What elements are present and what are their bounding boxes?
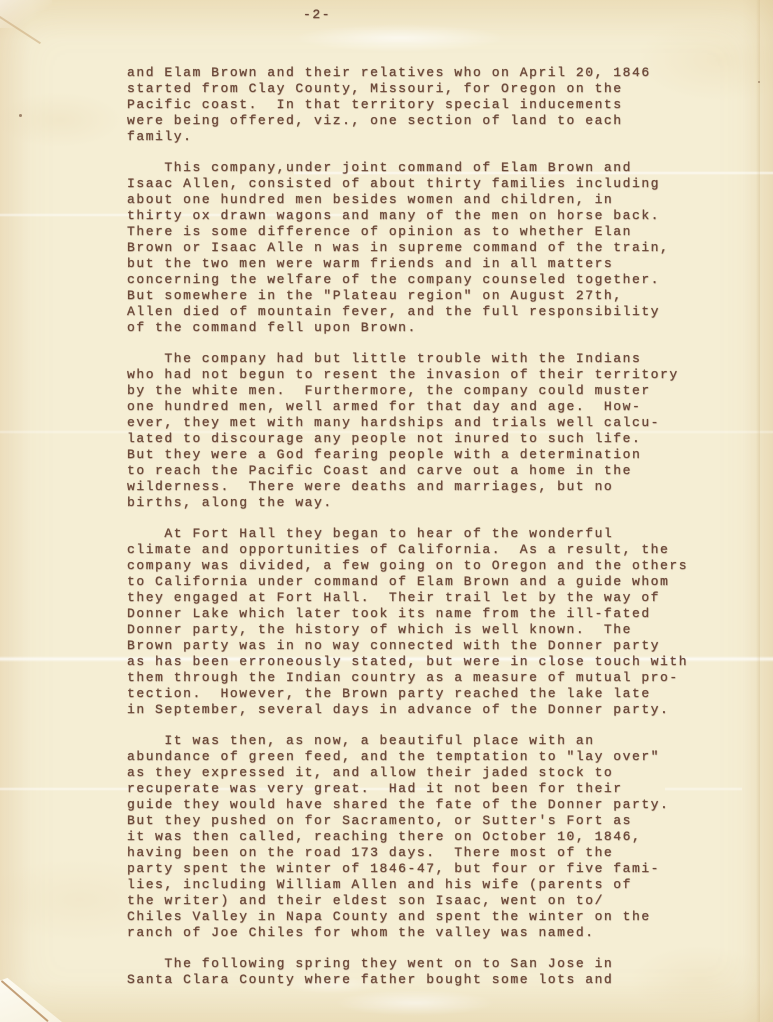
paragraph: The company had but little trouble with … <box>127 351 727 511</box>
text-line: of the command fell upon Brown. <box>127 320 727 336</box>
text-line: about one hundred men besides women and … <box>127 192 727 208</box>
ink-speck <box>19 114 22 117</box>
text-line: one hundred men, well armed for that day… <box>127 399 727 415</box>
text-line: as they expressed it, and allow their ja… <box>127 765 727 781</box>
text-line: At Fort Hall they began to hear of the w… <box>127 526 727 542</box>
folded-corner <box>0 976 62 1022</box>
text-line: Donner Lake which later took its name fr… <box>127 606 727 622</box>
text-line: Isaac Allen, consisted of about thirty f… <box>127 176 727 192</box>
text-line: concerning the welfare of the company co… <box>127 272 727 288</box>
text-line: wilderness. There were deaths and marria… <box>127 479 727 495</box>
text-line: The company had but little trouble with … <box>127 351 727 367</box>
page-number: -2- <box>303 7 331 23</box>
corner-crease-highlight <box>0 0 52 28</box>
text-line: Pacific coast. In that territory special… <box>127 97 727 113</box>
paragraph: At Fort Hall they began to hear of the w… <box>127 526 727 718</box>
text-line: Brown or Isaac Alle n was in supreme com… <box>127 240 727 256</box>
text-line: as has been erroneously stated, but were… <box>127 654 727 670</box>
text-line: lies, including William Allen and his wi… <box>127 877 727 893</box>
text-line: ever, they met with many hardships and t… <box>127 415 727 431</box>
text-line: having been on the road 173 days. There … <box>127 845 727 861</box>
text-line: to California under command of Elam Brow… <box>127 574 727 590</box>
text-line: But they were a God fearing people with … <box>127 447 727 463</box>
text-line: and Elam Brown and their relatives who o… <box>127 65 727 81</box>
text-line: ranch of Joe Chiles for whom the valley … <box>127 925 727 941</box>
text-line: to reach the Pacific Coast and carve out… <box>127 463 727 479</box>
paragraph: This company,under joint command of Elam… <box>127 160 727 336</box>
text-line: party spent the winter of 1846-47, but f… <box>127 861 727 877</box>
text-line: abundance of green feed, and the temptat… <box>127 749 727 765</box>
text-line: The following spring they went on to San… <box>127 956 727 972</box>
text-line: There is some difference of opinion as t… <box>127 224 727 240</box>
text-line: Allen died of mountain fever, and the fu… <box>127 304 727 320</box>
paragraph: and Elam Brown and their relatives who o… <box>127 65 727 145</box>
folded-corner-line <box>1 980 49 1022</box>
text-line: in September, several days in advance of… <box>127 702 727 718</box>
text-line: tection. However, the Brown party reache… <box>127 686 727 702</box>
text-line: guide they would have shared the fate of… <box>127 797 727 813</box>
text-line: climate and opportunities of California.… <box>127 542 727 558</box>
corner-crease <box>0 12 41 44</box>
text-line: But somewhere in the "Plateau region" on… <box>127 288 727 304</box>
text-line: the writer) and their eldest son Isaac, … <box>127 893 727 909</box>
document-page: -2- and Elam Brown and their relatives w… <box>0 0 773 1022</box>
text-line: family. <box>127 129 727 145</box>
text-line: Santa Clara County where father bought s… <box>127 972 727 988</box>
text-line: Chiles Valley in Napa County and spent t… <box>127 909 727 925</box>
text-line: were being offered, viz., one section of… <box>127 113 727 129</box>
paragraph: It was then, as now, a beautiful place w… <box>127 733 727 941</box>
text-line: lated to discourage any people not inure… <box>127 431 727 447</box>
text-line: It was then, as now, a beautiful place w… <box>127 733 727 749</box>
text-line: by the white men. Furthermore, the compa… <box>127 383 727 399</box>
text-line: but the two men were warm friends and in… <box>127 256 727 272</box>
text-line: they engaged at Fort Hall. Their trail l… <box>127 590 727 606</box>
text-line: recuperate was very great. Had it not be… <box>127 781 727 797</box>
edge-crease <box>756 0 760 1022</box>
text-line: company was divided, a few going on to O… <box>127 558 727 574</box>
text-line: who had not begun to resent the invasion… <box>127 367 727 383</box>
text-line: thirty ox drawn wagons and many of the m… <box>127 208 727 224</box>
text-line: But they pushed on for Sacramento, or Su… <box>127 813 727 829</box>
ink-speck <box>758 81 760 83</box>
text-line: them through the Indian country as a mea… <box>127 670 727 686</box>
text-line: Brown party was in no way connected with… <box>127 638 727 654</box>
text-line: Donner party, the history of which is we… <box>127 622 727 638</box>
paragraph: The following spring they went on to San… <box>127 956 727 988</box>
text-line: started from Clay County, Missouri, for … <box>127 81 727 97</box>
text-line: This company,under joint command of Elam… <box>127 160 727 176</box>
document-body: and Elam Brown and their relatives who o… <box>127 65 727 988</box>
text-line: births, along the way. <box>127 495 727 511</box>
text-line: it was then called, reaching there on Oc… <box>127 829 727 845</box>
